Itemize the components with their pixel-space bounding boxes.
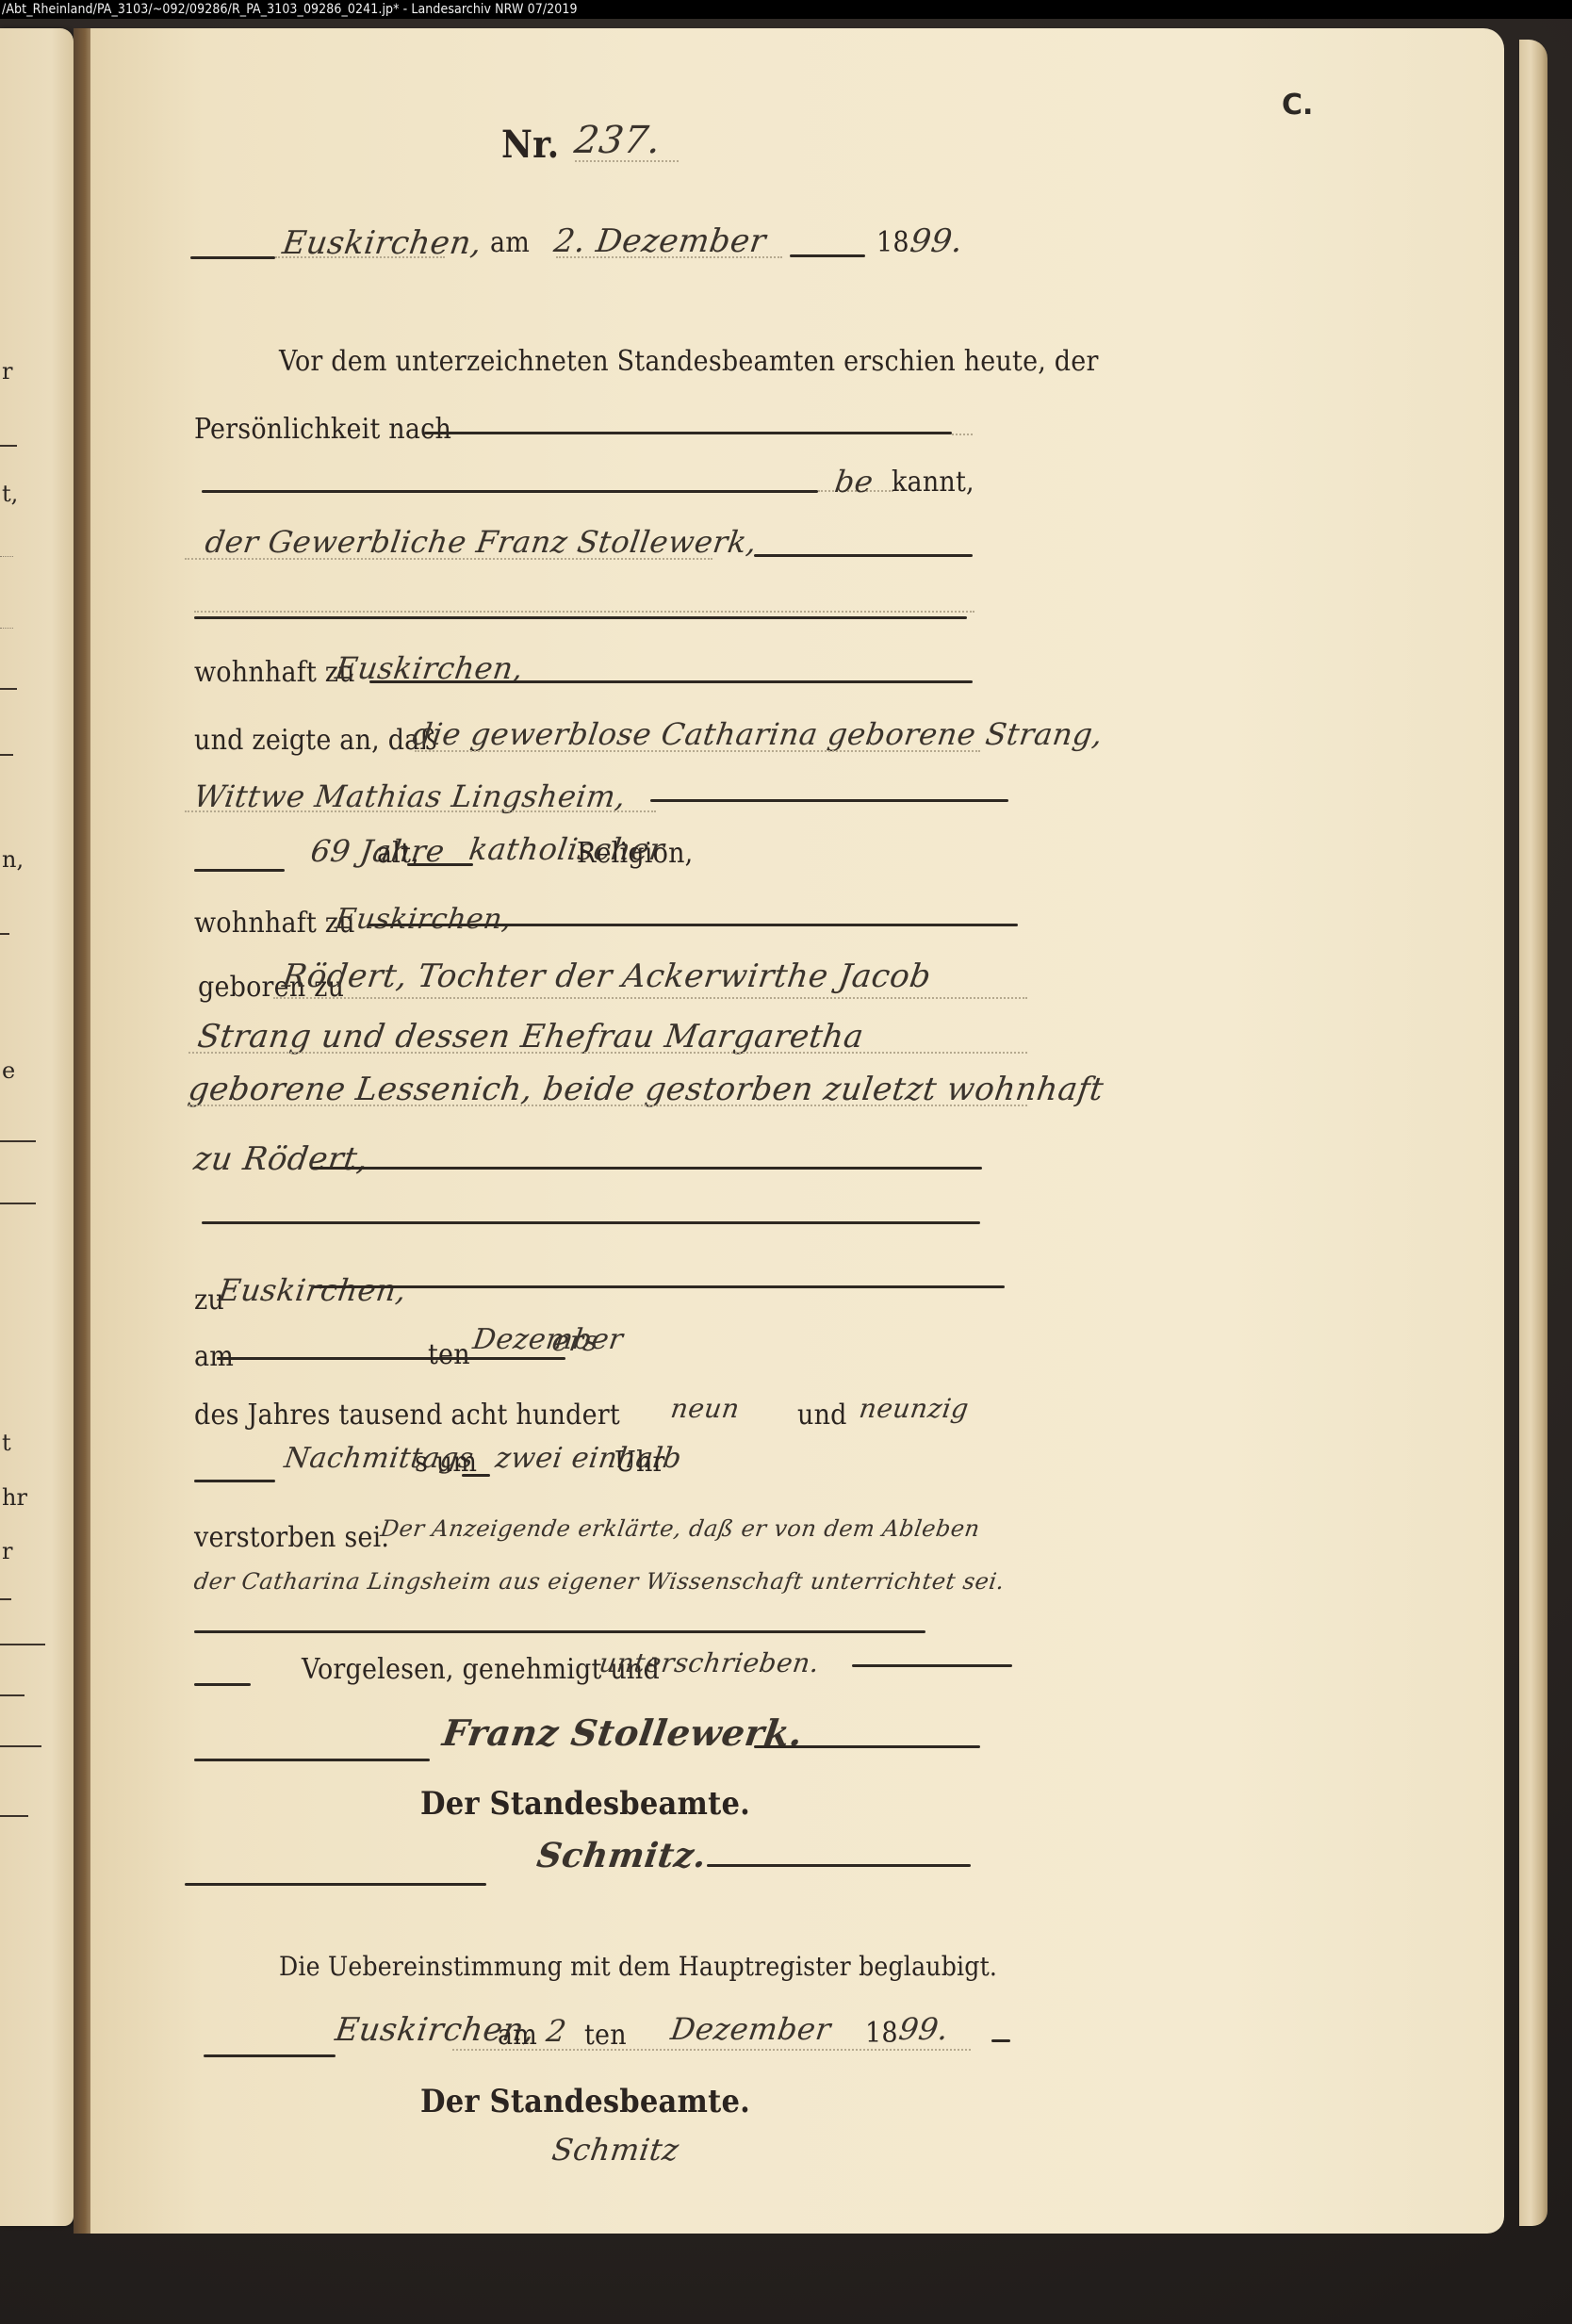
certification-line — [991, 2039, 1010, 2042]
official-signature: Schmitz. — [534, 1836, 709, 1875]
remark-line-1: Der Anzeigende erklärte, daß er von dem … — [379, 1515, 982, 1542]
notice-line — [415, 750, 980, 752]
death-year-hand-1: neun — [669, 1393, 742, 1424]
official-signature-line — [707, 1864, 971, 1867]
informant-name: der Gewerbliche Franz Stollewerk, — [203, 524, 759, 560]
age-line — [194, 869, 285, 872]
died-label: verstorben sei. — [194, 1521, 389, 1554]
religion-label: Religion, — [577, 837, 693, 870]
informant-signature-line — [194, 1759, 430, 1761]
notice-label: und zeigte an, daß — [194, 724, 437, 757]
informant-signature-line — [754, 1745, 980, 1748]
death-month: Dezember — [471, 1323, 626, 1356]
certification-year-suffix: 99. — [896, 2011, 951, 2047]
notice-line — [650, 799, 1008, 802]
record-number-value: 237. — [572, 119, 664, 162]
informant-signature: Franz Stollewerk. — [440, 1711, 806, 1754]
informant-line-2 — [194, 611, 974, 613]
birth-line — [273, 997, 1027, 999]
persoenlichkeit-label: Persönlichkeit nach — [194, 413, 451, 446]
birth-line — [188, 1105, 1027, 1106]
deceased-residence-line — [368, 924, 1018, 926]
death-year-und-label: und — [797, 1399, 847, 1432]
birth-line-1: Rödert, Tochter der Ackerwirthe Jacob — [280, 957, 933, 995]
death-year-hand-2: neunzig — [858, 1393, 971, 1424]
certification-line — [204, 2054, 336, 2057]
persoenlichkeit-line — [424, 432, 952, 434]
header-year-suffix: 99. — [908, 222, 965, 260]
certification-year-prefix: 18 — [865, 2017, 898, 2050]
header-year-prefix: 18 — [876, 226, 909, 259]
header-am-label: am — [490, 226, 530, 259]
death-time-line — [462, 1474, 490, 1477]
persoenlichkeit-line — [952, 434, 973, 435]
certification-signature: Schmitz — [549, 2132, 681, 2168]
header-date: 2. Dezember — [551, 222, 768, 260]
official-signature-line — [185, 1883, 486, 1886]
notice-line-1: die gewerblose Catharina geborene Strang… — [410, 716, 1105, 752]
signoff-line — [852, 1664, 1012, 1667]
bekannt-hand: be — [832, 464, 876, 499]
birth-line — [311, 1167, 982, 1170]
intro-text: Vor dem unterzeichneten Standesbeamten e… — [279, 345, 1099, 378]
notice-line — [185, 810, 656, 812]
birth-line-5 — [202, 1221, 980, 1224]
kannt-label: kannt, — [892, 466, 974, 499]
birth-line-4: zu Rödert, — [191, 1140, 370, 1178]
death-place: Euskirchen, — [216, 1272, 408, 1308]
death-time-line — [194, 1480, 275, 1482]
header-place: Euskirchen, — [280, 224, 484, 262]
religion-line — [407, 863, 473, 866]
bekannt-line — [202, 490, 818, 493]
certification-ten-label: ten — [584, 2019, 627, 2052]
signoff-line — [194, 1683, 251, 1686]
notice-line-2: Wittwe Mathias Lingsheim, — [191, 778, 628, 814]
deceased-residence: Euskirchen, — [334, 903, 515, 936]
death-date-line — [217, 1357, 565, 1360]
informant-line — [754, 554, 973, 557]
remark-line — [194, 1630, 925, 1633]
birth-line — [188, 1052, 1027, 1054]
birth-line-3: geborene Lessenich, beide gestorben zule… — [186, 1071, 1105, 1108]
death-year-label: des Jahres tausend acht hundert — [194, 1399, 620, 1432]
informant-line-2 — [194, 616, 967, 619]
death-time-uhr-label: Uhr — [614, 1446, 665, 1479]
header-date-line — [556, 256, 782, 258]
birth-line-2: Strang und dessen Ehefrau Margaretha — [195, 1018, 866, 1056]
corner-label: C. — [1282, 89, 1313, 122]
record-number-prefix: Nr. — [501, 123, 559, 167]
death-date-ten-label: ten — [428, 1338, 470, 1371]
certification-heading: Der Standesbeamte. — [420, 2083, 750, 2120]
certification-month: Dezember — [668, 2011, 833, 2047]
deceased-residence-label: wohnhaft zu — [194, 907, 355, 940]
signoff-value: unterschrieben. — [598, 1647, 822, 1678]
record-number-line — [575, 160, 679, 162]
certification-day: 2 — [544, 2013, 568, 2049]
death-record-form: C. Nr. 237. Euskirchen, am 2. Dezember 1… — [0, 0, 1572, 2324]
remark-line-2: der Catharina Lingsheim aus eigener Wiss… — [192, 1568, 1007, 1595]
death-place-line — [313, 1285, 1005, 1288]
official-heading: Der Standesbeamte. — [420, 1785, 750, 1823]
informant-residence-line — [369, 680, 973, 683]
header-date-line — [790, 254, 865, 257]
header-date-line — [190, 256, 275, 259]
informant-residence-label: wohnhaft zu — [194, 656, 355, 689]
certification-am-label: am — [498, 2019, 537, 2052]
certification-text: Die Uebereinstimmung mit dem Hauptregist… — [279, 1951, 997, 1982]
